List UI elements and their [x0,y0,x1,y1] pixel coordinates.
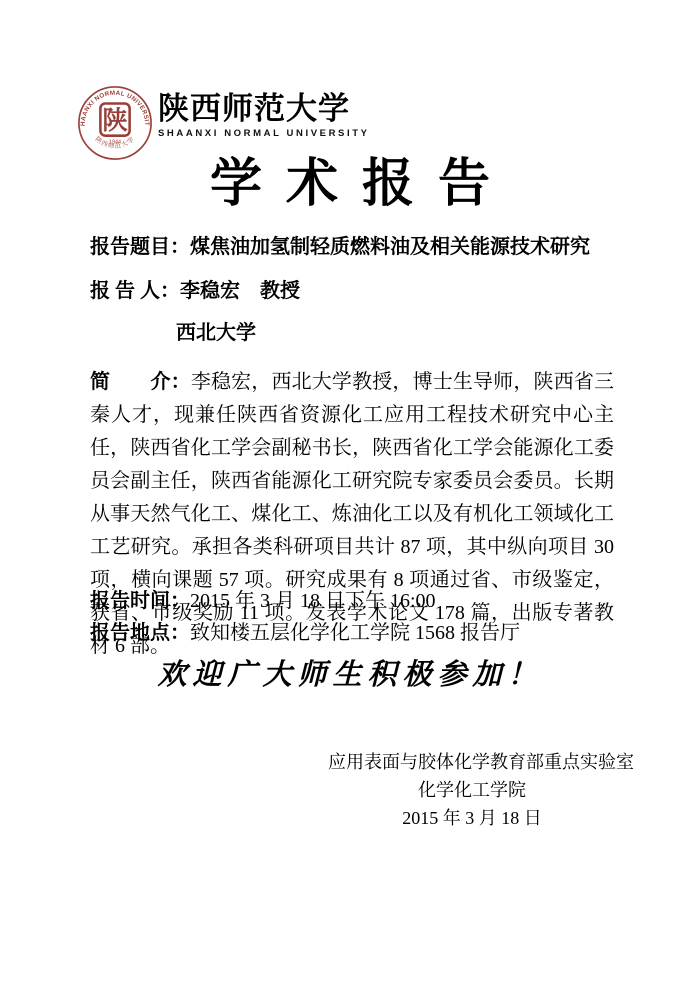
university-name-block: 陕西师范大学 SHAANXI NORMAL UNIVERSITY [158,84,370,139]
signature-lab: 应用表面与胶体化学教育部重点实验室 [328,748,616,776]
report-time-label: 报告时间： [90,590,190,612]
signature-school: 化学化工学院 [328,776,616,804]
speaker-affiliation-value: 西北大学 [176,322,256,344]
speaker-value: 李稳宏 教授 [180,280,300,302]
report-title-line: 报告题目：煤焦油加氢制轻质燃料油及相关能源技术研究 [90,230,614,259]
signature-date: 2015 年 3 月 18 日 [328,804,616,832]
university-name-chinese: 陕西师范大学 [158,92,370,126]
report-venue-value: 致知楼五层化学化工学院 1568 报告厅 [190,622,520,644]
introduction-text: 李稳宏，西北大学教授，博士生导师，陕西省三秦人才，现兼任陕西省资源化工应用工程技… [90,371,614,657]
seal-character: 陕 [102,106,128,135]
speaker-line: 报 告 人：李稳宏 教授 [90,274,614,303]
university-logo: SHAANXI NORMAL UNIVERSITY 陕 1944 陕西师范大学 … [76,84,370,162]
announcement-page: SHAANXI NORMAL UNIVERSITY 陕 1944 陕西师范大学 … [0,0,700,992]
report-time-line: 报告时间：2015 年 3 月 18 日下午 16:00 [90,584,614,613]
report-venue-line: 报告地点：致知楼五层化学化工学院 1568 报告厅 [90,616,614,645]
signature-block: 应用表面与胶体化学教育部重点实验室 化学化工学院 2015 年 3 月 18 日 [328,748,616,832]
report-title-label: 报告题目： [90,236,190,258]
report-venue-label: 报告地点： [90,622,190,644]
document-title: 学术报告 [0,154,700,216]
introduction-label: 简 介： [90,371,191,393]
report-time-value: 2015 年 3 月 18 日下午 16:00 [190,590,436,612]
university-seal-icon: SHAANXI NORMAL UNIVERSITY 陕 1944 陕西师范大学 [76,84,154,162]
speaker-label: 报 告 人： [90,280,180,302]
speaker-affiliation-line: 西北大学 [90,316,614,345]
welcome-message: 欢迎广大师生积极参加！ [0,652,700,693]
report-title-value: 煤焦油加氢制轻质燃料油及相关能源技术研究 [190,236,590,258]
university-name-english: SHAANXI NORMAL UNIVERSITY [158,128,370,139]
